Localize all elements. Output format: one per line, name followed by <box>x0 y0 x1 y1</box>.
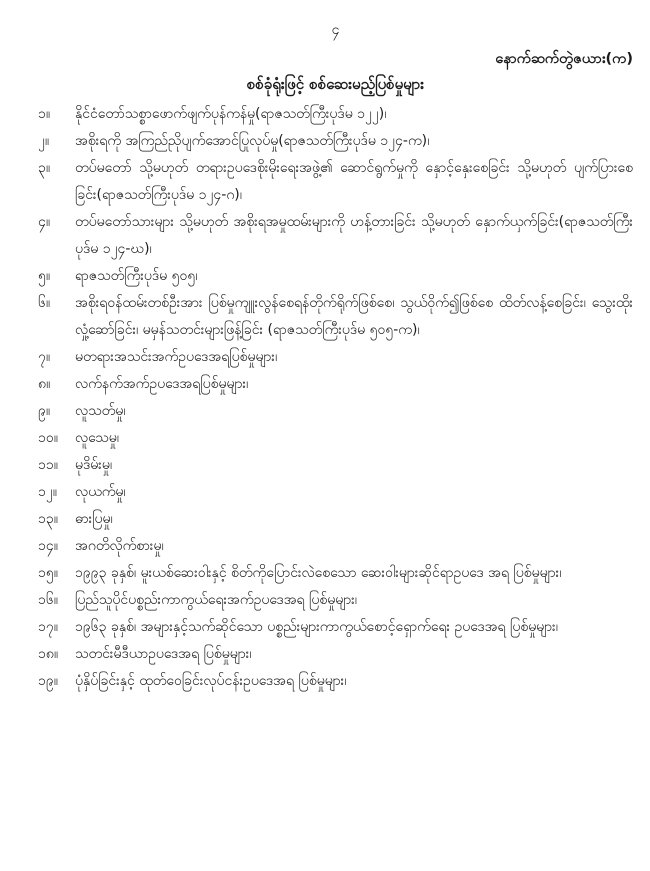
document-page: ၄ နောက်ဆက်တွဲဇယား(က) စစ်ခုံရုံးဖြင့် စစ်… <box>0 0 650 871</box>
item-number: ၁၂။ <box>38 479 75 506</box>
document-title: စစ်ခုံရုံးဖြင့် စစ်ဆေးမည့်ပြစ်မှုများ <box>38 72 633 96</box>
item-number: ၇။ <box>38 344 75 371</box>
item-text: တပ်မတော်သားများ သို့မဟုတ် အစိုးရအမှုထမ်း… <box>75 209 633 263</box>
list-item: ၁၅။ ၁၉၉၃ ခုနှစ်၊ မူးယစ်ဆေးဝါးနှင့် စိတ်က… <box>38 560 633 587</box>
item-number: ၁၀။ <box>38 425 75 452</box>
list-item: ၄။ တပ်မတော်သားများ သို့မဟုတ် အစိုးရအမှုထ… <box>38 209 633 263</box>
appendix-label: နောက်ဆက်တွဲဇယား(က) <box>38 48 633 70</box>
list-item: ၁၆။ ပြည်သူပိုင်ပစ္စည်းကာကွယ်ရေးအက်ဥပဒေအရ… <box>38 587 633 614</box>
item-text: ၁၉၆၃ ခုနှစ်၊ အများနှင့်သက်ဆိုင်သော ပစ္စည… <box>75 614 633 641</box>
list-item: ၁၃။ ဓားပြမှု၊ <box>38 506 633 533</box>
item-text: လူသတ်မှု၊ <box>75 398 633 425</box>
item-text: အစိုးရဝန်ထမ်းတစ်ဦးအား ပြစ်မှုကျူးလွန်စေရ… <box>75 290 633 344</box>
item-text: သတင်းမီဒီယာဥပဒေအရ ပြစ်မှုများ၊ <box>75 641 633 668</box>
item-number: ၁၉။ <box>38 668 75 695</box>
list-item: ၉။ လူသတ်မှု၊ <box>38 398 633 425</box>
list-item: ၆။ အစိုးရဝန်ထမ်းတစ်ဦးအား ပြစ်မှုကျူးလွန်… <box>38 290 633 344</box>
item-number: ၄။ <box>38 209 75 236</box>
item-text: မတရားအသင်းအက်ဥပဒေအရပြစ်မှုများ၊ <box>75 344 633 371</box>
item-number: ၁၃။ <box>38 506 75 533</box>
page-number: ၄ <box>38 20 633 40</box>
item-number: ၂။ <box>38 128 75 155</box>
item-text: ဓားပြမှု၊ <box>75 506 633 533</box>
item-number: ၁၆။ <box>38 587 75 614</box>
item-number: ၈။ <box>38 371 75 398</box>
item-number: ၁၄။ <box>38 533 75 560</box>
item-number: ၆။ <box>38 290 75 317</box>
item-number: ၁။ <box>38 101 75 128</box>
item-number: ၁၅။ <box>38 560 75 587</box>
item-number: ၉။ <box>38 398 75 425</box>
item-text: ပုံနှိပ်ခြင်းနှင့် ထုတ်ဝေခြင်းလုပ်ငန်းဥပ… <box>75 668 633 695</box>
list-item: ၁၇။ ၁၉၆၃ ခုနှစ်၊ အများနှင့်သက်ဆိုင်သော ပ… <box>38 614 633 641</box>
list-item: ၁၈။ သတင်းမီဒီယာဥပဒေအရ ပြစ်မှုများ၊ <box>38 641 633 668</box>
item-number: ၁၇။ <box>38 614 75 641</box>
item-text: အစိုးရကို အကြည်ညိုပျက်အောင်ပြုလုပ်မှု(ရာ… <box>75 128 633 155</box>
list-item: ၂။ အစိုးရကို အကြည်ညိုပျက်အောင်ပြုလုပ်မှု… <box>38 128 633 155</box>
list-item: ၁၂။ လုယက်မှု၊ <box>38 479 633 506</box>
item-text: နိုင်ငံတော်သစ္စာဖောက်ဖျက်ပုန်ကန်မှု(ရာဇသ… <box>75 101 633 128</box>
item-number: ၅။ <box>38 263 75 290</box>
item-number: ၃။ <box>38 155 75 182</box>
offense-list: ၁။ နိုင်ငံတော်သစ္စာဖောက်ဖျက်ပုန်ကန်မှု(ရ… <box>38 101 633 695</box>
list-item: ၇။ မတရားအသင်းအက်ဥပဒေအရပြစ်မှုများ၊ <box>38 344 633 371</box>
list-item: ၃။ တပ်မတော် သို့မဟုတ် တရားဥပဒေစိုးမိုးရေ… <box>38 155 633 209</box>
item-text: မုဒိမ်းမှု၊ <box>75 452 633 479</box>
item-text: လူသေမှု၊ <box>75 425 633 452</box>
item-text: ၁၉၉၃ ခုနှစ်၊ မူးယစ်ဆေးဝါးနှင့် စိတ်ကိုပြ… <box>75 560 633 587</box>
list-item: ၅။ ရာဇသတ်ကြီးပုဒ်မ ၅၀၅၊ <box>38 263 633 290</box>
item-text: တပ်မတော် သို့မဟုတ် တရားဥပဒေစိုးမိုးရေးအဖ… <box>75 155 633 209</box>
list-item: ၁၀။ လူသေမှု၊ <box>38 425 633 452</box>
list-item: ၁၉။ ပုံနှိပ်ခြင်းနှင့် ထုတ်ဝေခြင်းလုပ်ငန… <box>38 668 633 695</box>
list-item: ၁၄။ အဂတိလိုက်စားမှု၊ <box>38 533 633 560</box>
list-item: ၁။ နိုင်ငံတော်သစ္စာဖောက်ဖျက်ပုန်ကန်မှု(ရ… <box>38 101 633 128</box>
item-number: ၁၈။ <box>38 641 75 668</box>
list-item: ၁၁။ မုဒိမ်းမှု၊ <box>38 452 633 479</box>
item-text: ပြည်သူပိုင်ပစ္စည်းကာကွယ်ရေးအက်ဥပဒေအရ ပြစ… <box>75 587 633 614</box>
list-item: ၈။ လက်နက်အက်ဥပဒေအရပြစ်မှုများ၊ <box>38 371 633 398</box>
item-text: လက်နက်အက်ဥပဒေအရပြစ်မှုများ၊ <box>75 371 633 398</box>
item-text: လုယက်မှု၊ <box>75 479 633 506</box>
item-number: ၁၁။ <box>38 452 75 479</box>
item-text: ရာဇသတ်ကြီးပုဒ်မ ၅၀၅၊ <box>75 263 633 290</box>
item-text: အဂတိလိုက်စားမှု၊ <box>75 533 633 560</box>
